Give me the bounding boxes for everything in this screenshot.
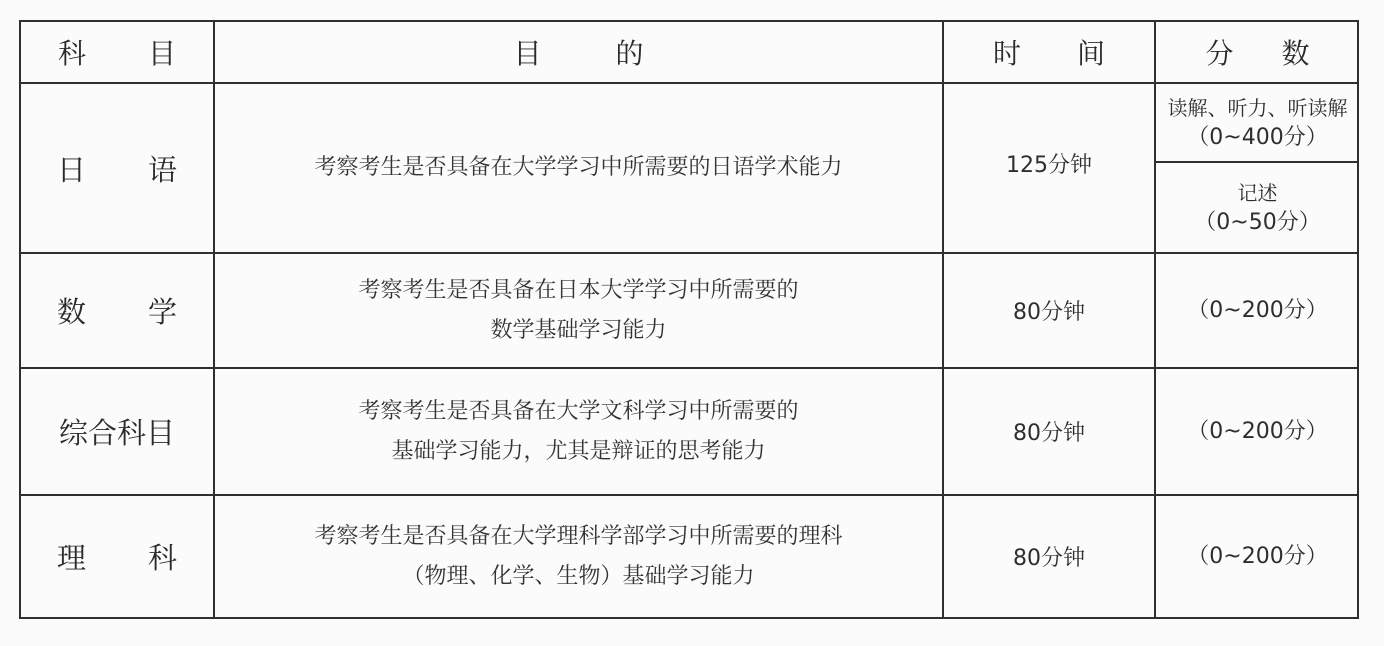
row-japanese-time: 125分钟 (944, 84, 1154, 252)
subject-char: 语 (148, 148, 177, 189)
row-science-subject: 理 科 (21, 496, 213, 617)
header-time: 时 间 (944, 22, 1154, 82)
header-score-char: 分 (1206, 32, 1234, 72)
header-time-char: 间 (1077, 32, 1105, 72)
score-range: （0~400分） (1187, 123, 1327, 153)
row-japanese-purpose: 考察考生是否具备在大学学习中所需要的日语学术能力 (215, 84, 942, 252)
row-japanese-score-reading: 读解、听力、听读解 （0~400分） (1156, 84, 1359, 161)
row-japanese-score-writing: 记述 （0~50分） (1156, 163, 1359, 252)
row-math-time: 80分钟 (944, 254, 1154, 367)
header-time-char: 时 (993, 32, 1021, 72)
subject-char: 科 (148, 536, 177, 577)
purpose-line: 考察考生是否具备在大学文科学习中所需要的 (358, 392, 798, 432)
row-general-subject: 综合科目 (21, 369, 213, 494)
row-general-score: （0~200分） (1156, 369, 1359, 494)
row-science-time: 80分钟 (944, 496, 1154, 617)
score-label: 记述 (1238, 178, 1278, 208)
header-score: 分 数 (1156, 22, 1359, 82)
score-label: 读解、听力、听读解 (1168, 93, 1348, 123)
purpose-line: 数学基础学习能力 (490, 311, 666, 351)
row-science-score: （0~200分） (1156, 496, 1359, 617)
purpose-line: 考察考生是否具备在日本大学学习中所需要的 (358, 271, 798, 311)
purpose-line: 考察考生是否具备在大学理科学部学习中所需要的理科 (314, 517, 842, 557)
subject-char: 学 (148, 290, 177, 331)
row-math-purpose: 考察考生是否具备在日本大学学习中所需要的 数学基础学习能力 (215, 254, 942, 367)
row-math-subject: 数 学 (21, 254, 213, 367)
exam-subjects-table: 科 目 目 的 时 间 分 数 日 语 考察考生是否具备在大学学习中所需要的日语… (19, 20, 1359, 619)
row-math-score: （0~200分） (1156, 254, 1359, 367)
score-range: （0~50分） (1194, 208, 1320, 238)
subject-char: 理 (57, 536, 86, 577)
header-subject-char: 目 (148, 32, 176, 72)
subject-char: 日 (57, 148, 86, 189)
header-purpose-char: 目 (514, 32, 542, 72)
purpose-line: 基础学习能力，尤其是辩证的思考能力 (391, 432, 765, 472)
purpose-line: （物理、化学、生物）基础学习能力 (402, 557, 754, 597)
row-general-purpose: 考察考生是否具备在大学文科学习中所需要的 基础学习能力，尤其是辩证的思考能力 (215, 369, 942, 494)
header-purpose-char: 的 (615, 32, 643, 72)
header-subject-char: 科 (58, 32, 86, 72)
row-japanese-subject: 日 语 (21, 84, 213, 252)
header-purpose: 目 的 (215, 22, 942, 82)
subject-char: 数 (57, 290, 86, 331)
row-science-purpose: 考察考生是否具备在大学理科学部学习中所需要的理科 （物理、化学、生物）基础学习能… (215, 496, 942, 617)
header-score-char: 数 (1281, 32, 1309, 72)
row-general-time: 80分钟 (944, 369, 1154, 494)
purpose-line: 考察考生是否具备在大学学习中所需要的日语学术能力 (314, 148, 842, 188)
header-subject: 科 目 (21, 22, 213, 82)
